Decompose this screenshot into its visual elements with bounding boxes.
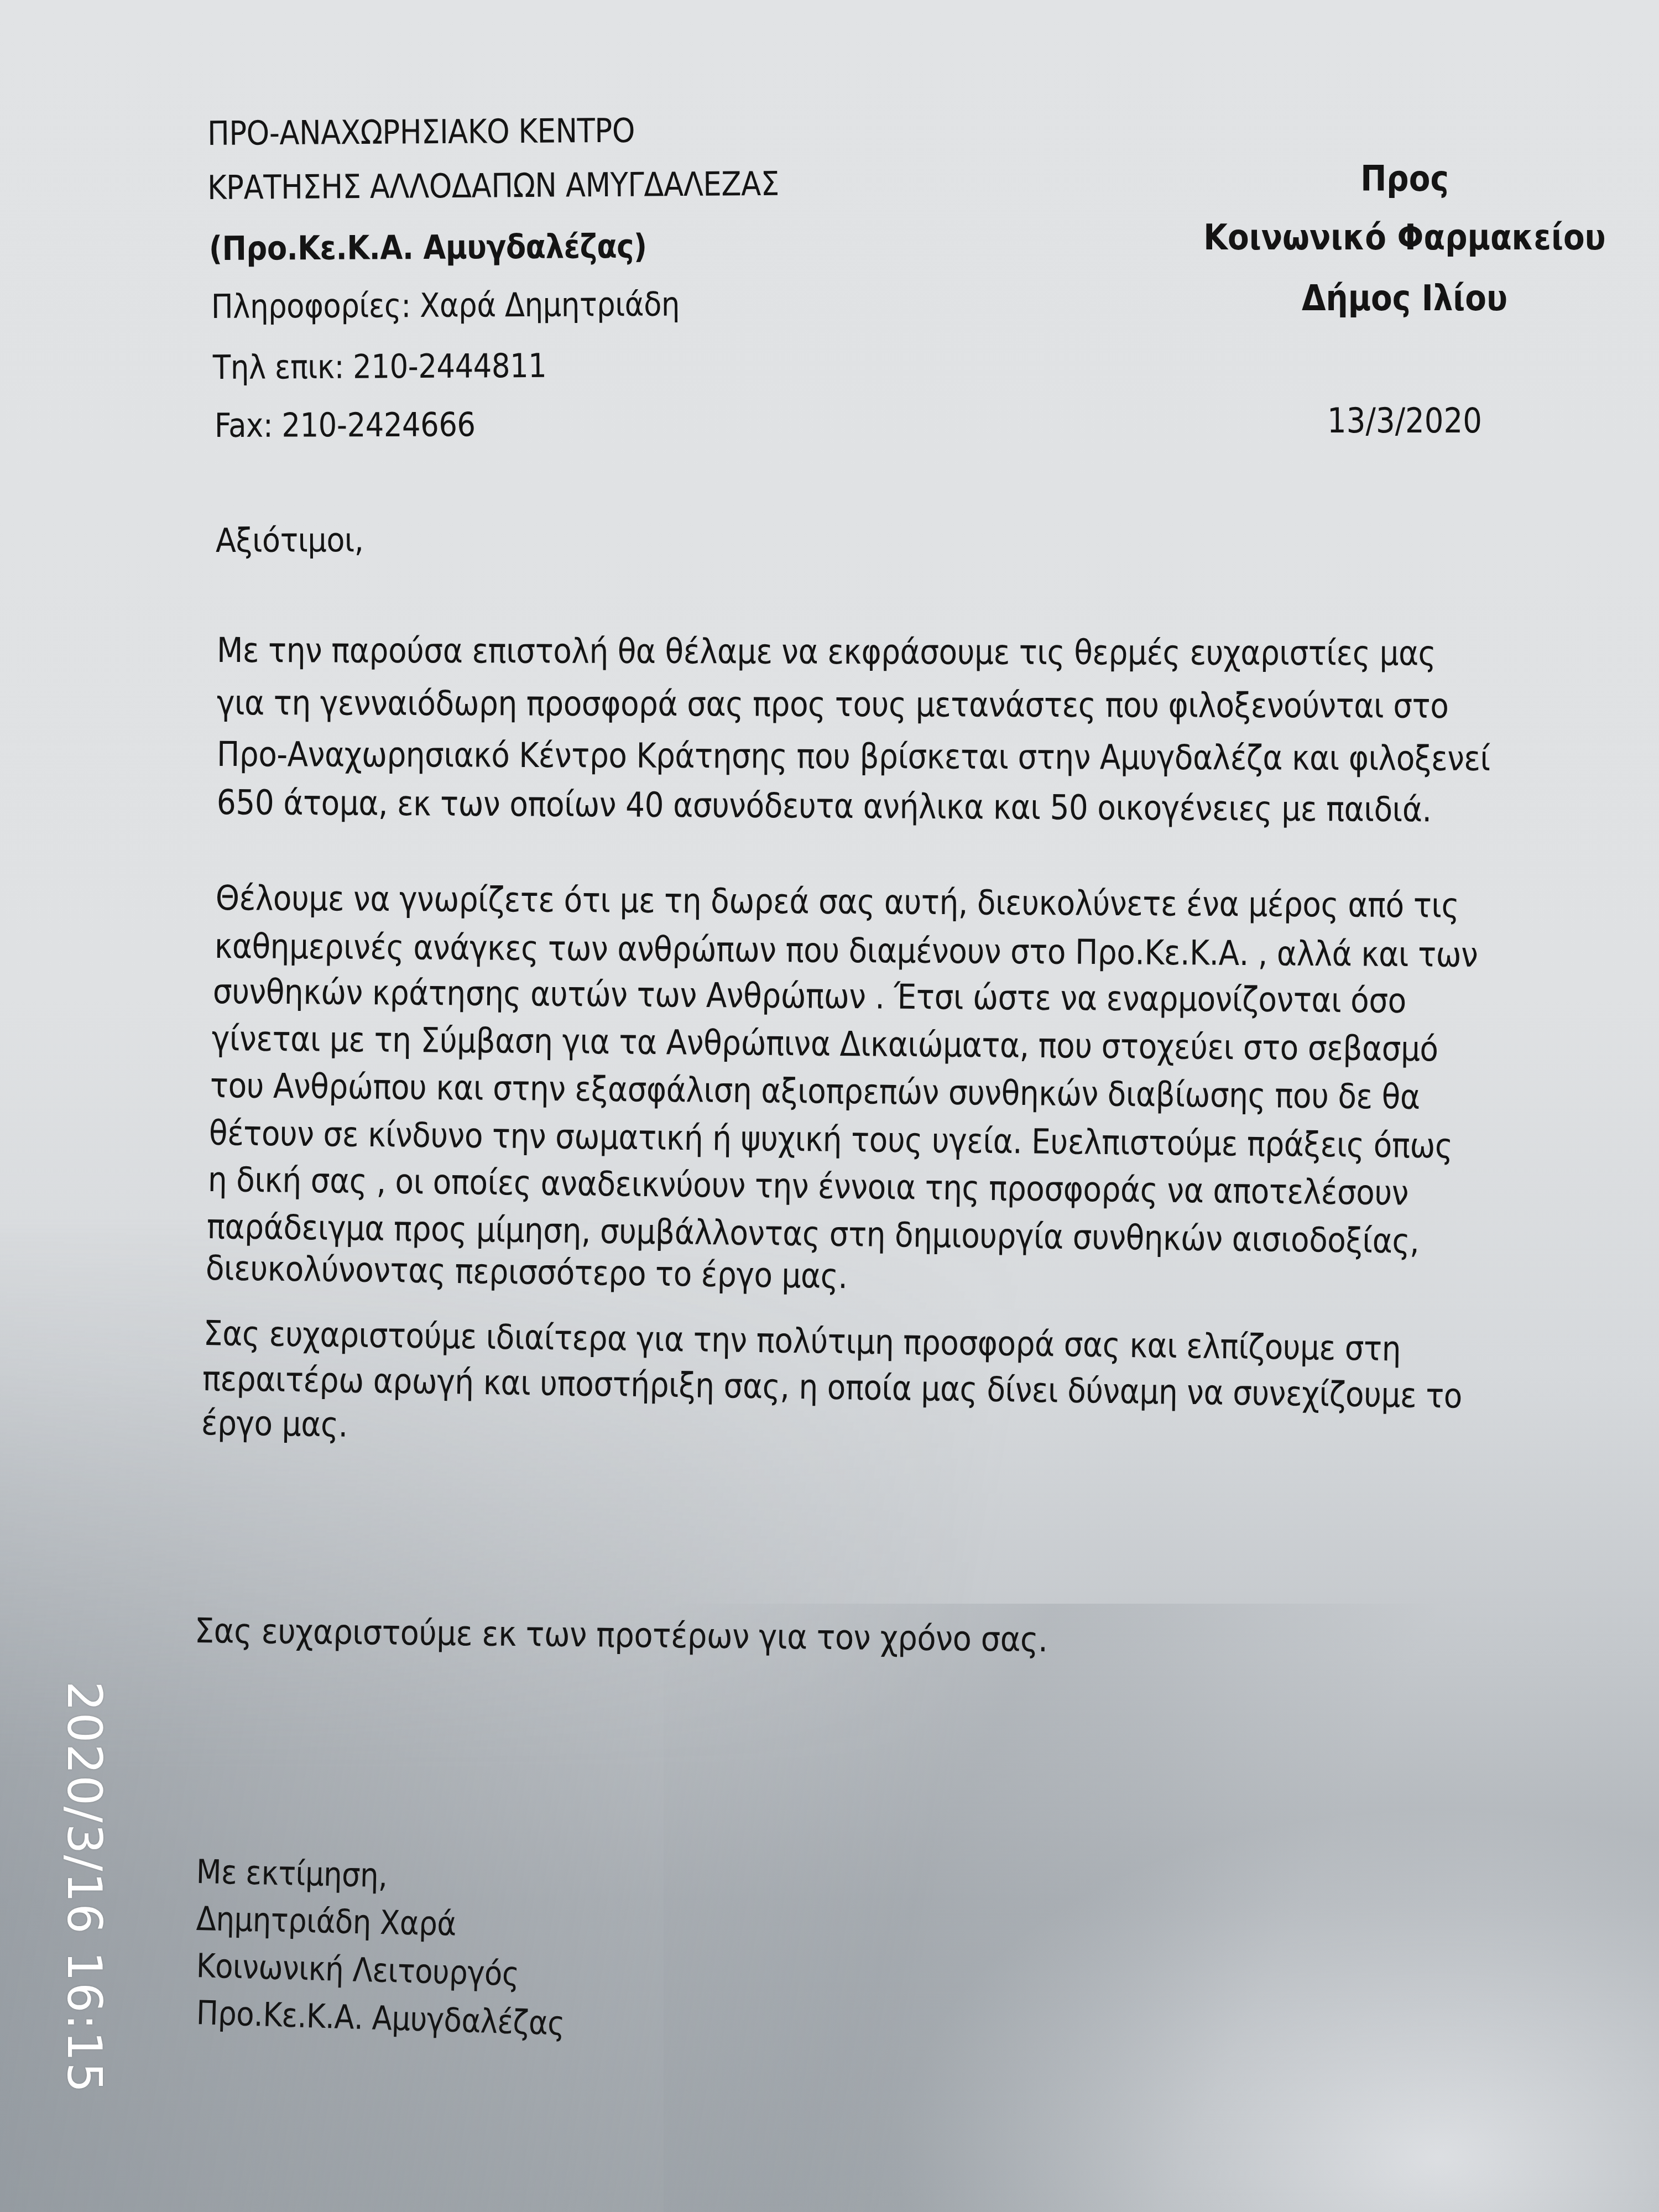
letter-date: 13/3/2020 (1161, 404, 1648, 438)
paragraph-line: συνθηκών κράτησης αυτών των Ανθρώπων . Έ… (213, 974, 1406, 1018)
photo-timestamp: 2020/3/16 16:15 (67, 1681, 112, 2157)
recipient-name: Κοινωνικό Φαρμακείου (1161, 220, 1648, 255)
signature-name: Δημητριάδη Χαρά (196, 1902, 456, 1941)
recipient-municipality: Δήμος Ιλίου (1161, 281, 1648, 316)
sender-org-line-2: ΚΡΑΤΗΣΗΣ ΑΛΛΟΔΑΠΩΝ ΑΜΥΓΔΑΛΕΖΑΣ (207, 168, 779, 205)
recipient-to-label: Προς (1161, 161, 1648, 197)
sender-contact-person: Πληροφορίες: Χαρά Δημητριάδη (211, 288, 680, 324)
greeting: Αξιότιμοι, (216, 524, 364, 557)
signature-organization: Προ.Κε.Κ.Α. Αμυγδαλέζας (196, 1996, 565, 2041)
signature-title: Κοινωνική Λειτουργός (196, 1949, 519, 1991)
paragraph-line: 650 άτομα, εκ των οποίων 40 ασυνόδευτα α… (217, 785, 1432, 827)
paragraph-line: έργο μας. (201, 1406, 348, 1442)
sender-fax: Fax: 210-2424666 (215, 408, 476, 442)
sender-org-abbrev: (Προ.Κε.Κ.Α. Αμυγδαλέζας) (209, 230, 647, 265)
closing-line: Σας ευχαριστούμε εκ των προτέρων για τον… (195, 1614, 1048, 1657)
paper-shadow-band (664, 1604, 1493, 2212)
paragraph-line: Προ-Αναχωρησιακό Κέντρο Κράτησης που βρί… (217, 737, 1490, 776)
sender-phone: Τηλ επικ: 210-2444811 (213, 349, 547, 384)
paragraph-line: Με την παρούσα επιστολή θα θέλαμε να εκφ… (217, 633, 1436, 671)
paragraph-line: καθημερινές ανάγκες των ανθρώπων που δια… (215, 929, 1478, 972)
paragraph-line: γίνεται με τη Σύμβαση για τα Ανθρώπινα Δ… (212, 1021, 1438, 1066)
paragraph-line: Θέλουμε να γνωρίζετε ότι με τη δωρεά σας… (216, 881, 1459, 923)
paragraph-line: διευκολύνοντας περισσότερο το έργο μας. (206, 1251, 848, 1293)
sender-org-line-1: ΠΡΟ-ΑΝΑΧΩΡΗΣΙΑΚΟ ΚΕΝΤΡΟ (207, 114, 635, 150)
signature-salutation: Με εκτίμηση, (196, 1855, 388, 1892)
paragraph-line: για τη γενναιόδωρη προσφορά σας προς του… (217, 686, 1448, 723)
